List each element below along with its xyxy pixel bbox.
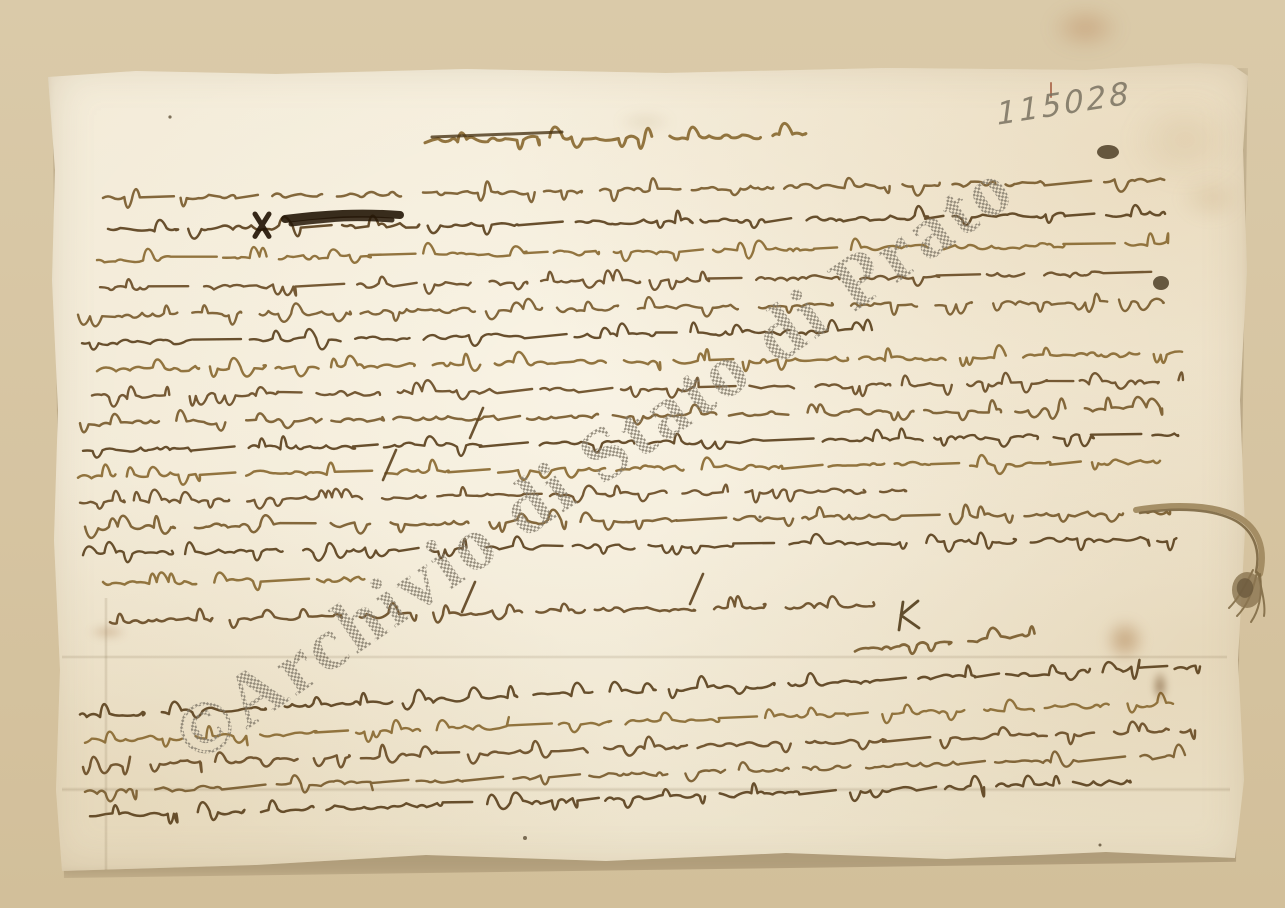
- scanned-letter-photograph: ©Archivio di Stato di Prato 115028: [0, 0, 1285, 908]
- ink-stroke: [1258, 573, 1264, 616]
- stain: [1038, 0, 1133, 57]
- ink-stroke: [1251, 574, 1261, 622]
